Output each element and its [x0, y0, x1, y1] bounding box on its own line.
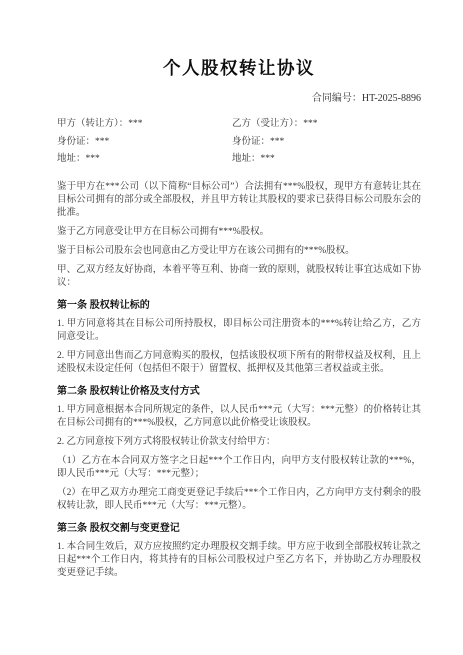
parties-block: 甲方（转让方）：*** 身份证：*** 地址：*** 乙方（受让方）：*** 身…: [57, 116, 421, 169]
recital-paragraph: 甲、乙双方经友好协商，本着平等互利、协商一致的原则，就股权转让事宜达成如下协议：: [57, 264, 421, 290]
document-title: 个人股权转让协议: [57, 56, 421, 80]
clause-paragraph: （1）乙方在本合同双方签字之日起***个工作日内，向甲方支付股权转让款的***%…: [57, 455, 421, 481]
recital-paragraph: 鉴于乙方同意受让甲方在目标公司拥有***%股权。: [57, 226, 421, 239]
section-heading: 第一条 股权转让标的: [57, 298, 421, 313]
recitals-block: 鉴于甲方在***公司（以下简称“目标公司”）合法拥有***%股权，现甲方有意转让…: [57, 181, 421, 290]
clause-paragraph: 1. 本合同生效后，双方应按照约定办理股权交割手续。甲方应于收到全部股权转让款之…: [57, 541, 421, 580]
clause-paragraph: 1. 甲方同意将其在目标公司所持股权，即目标公司注册资本的***%转让给乙方，乙…: [57, 318, 421, 344]
document-content: 个人股权转让协议 合同编号：HT-2025-8896 甲方（转让方）：*** 身…: [57, 56, 421, 580]
party-b-block: 乙方（受让方）：*** 身份证：*** 地址：***: [232, 116, 421, 169]
clause-paragraph: 1. 甲方同意根据本合同所规定的条件，以人民币***元（大写：***元整）的价格…: [57, 404, 421, 430]
party-b-address: 地址：***: [232, 151, 421, 169]
party-a-block: 甲方（转让方）：*** 身份证：*** 地址：***: [57, 116, 232, 169]
contract-number: 合同编号：HT-2025-8896: [57, 92, 421, 106]
section-3: 第三条 股权交割与变更登记 1. 本合同生效后，双方应按照约定办理股权交割手续。…: [57, 521, 421, 580]
party-b-name: 乙方（受让方）：***: [232, 116, 421, 134]
section-heading: 第三条 股权交割与变更登记: [57, 521, 421, 536]
section-heading: 第二条 股权转让价格及支付方式: [57, 384, 421, 399]
party-b-id: 身份证：***: [232, 134, 421, 152]
clause-paragraph: 2. 甲方同意出售而乙方同意购买的股权，包括该股权项下所有的附带权益及权利，且上…: [57, 350, 421, 376]
recital-paragraph: 鉴于甲方在***公司（以下简称“目标公司”）合法拥有***%股权，现甲方有意转让…: [57, 181, 421, 220]
party-a-name: 甲方（转让方）：***: [57, 116, 232, 134]
clause-paragraph: 2. 乙方同意按下列方式将股权转让价款支付给甲方：: [57, 436, 421, 449]
document-page: 个人股权转让协议 合同编号：HT-2025-8896 甲方（转让方）：*** 身…: [0, 0, 463, 655]
section-2: 第二条 股权转让价格及支付方式 1. 甲方同意根据本合同所规定的条件，以人民币*…: [57, 384, 421, 513]
recital-paragraph: 鉴于目标公司股东会也同意由乙方受让甲方在该公司拥有的***%股权。: [57, 245, 421, 258]
party-a-address: 地址：***: [57, 151, 232, 169]
section-1: 第一条 股权转让标的 1. 甲方同意将其在目标公司所持股权，即目标公司注册资本的…: [57, 298, 421, 376]
party-a-id: 身份证：***: [57, 134, 232, 152]
clause-paragraph: （2）在甲乙双方办理完工商变更登记手续后***个工作日内，乙方向甲方支付剩余的股…: [57, 487, 421, 513]
